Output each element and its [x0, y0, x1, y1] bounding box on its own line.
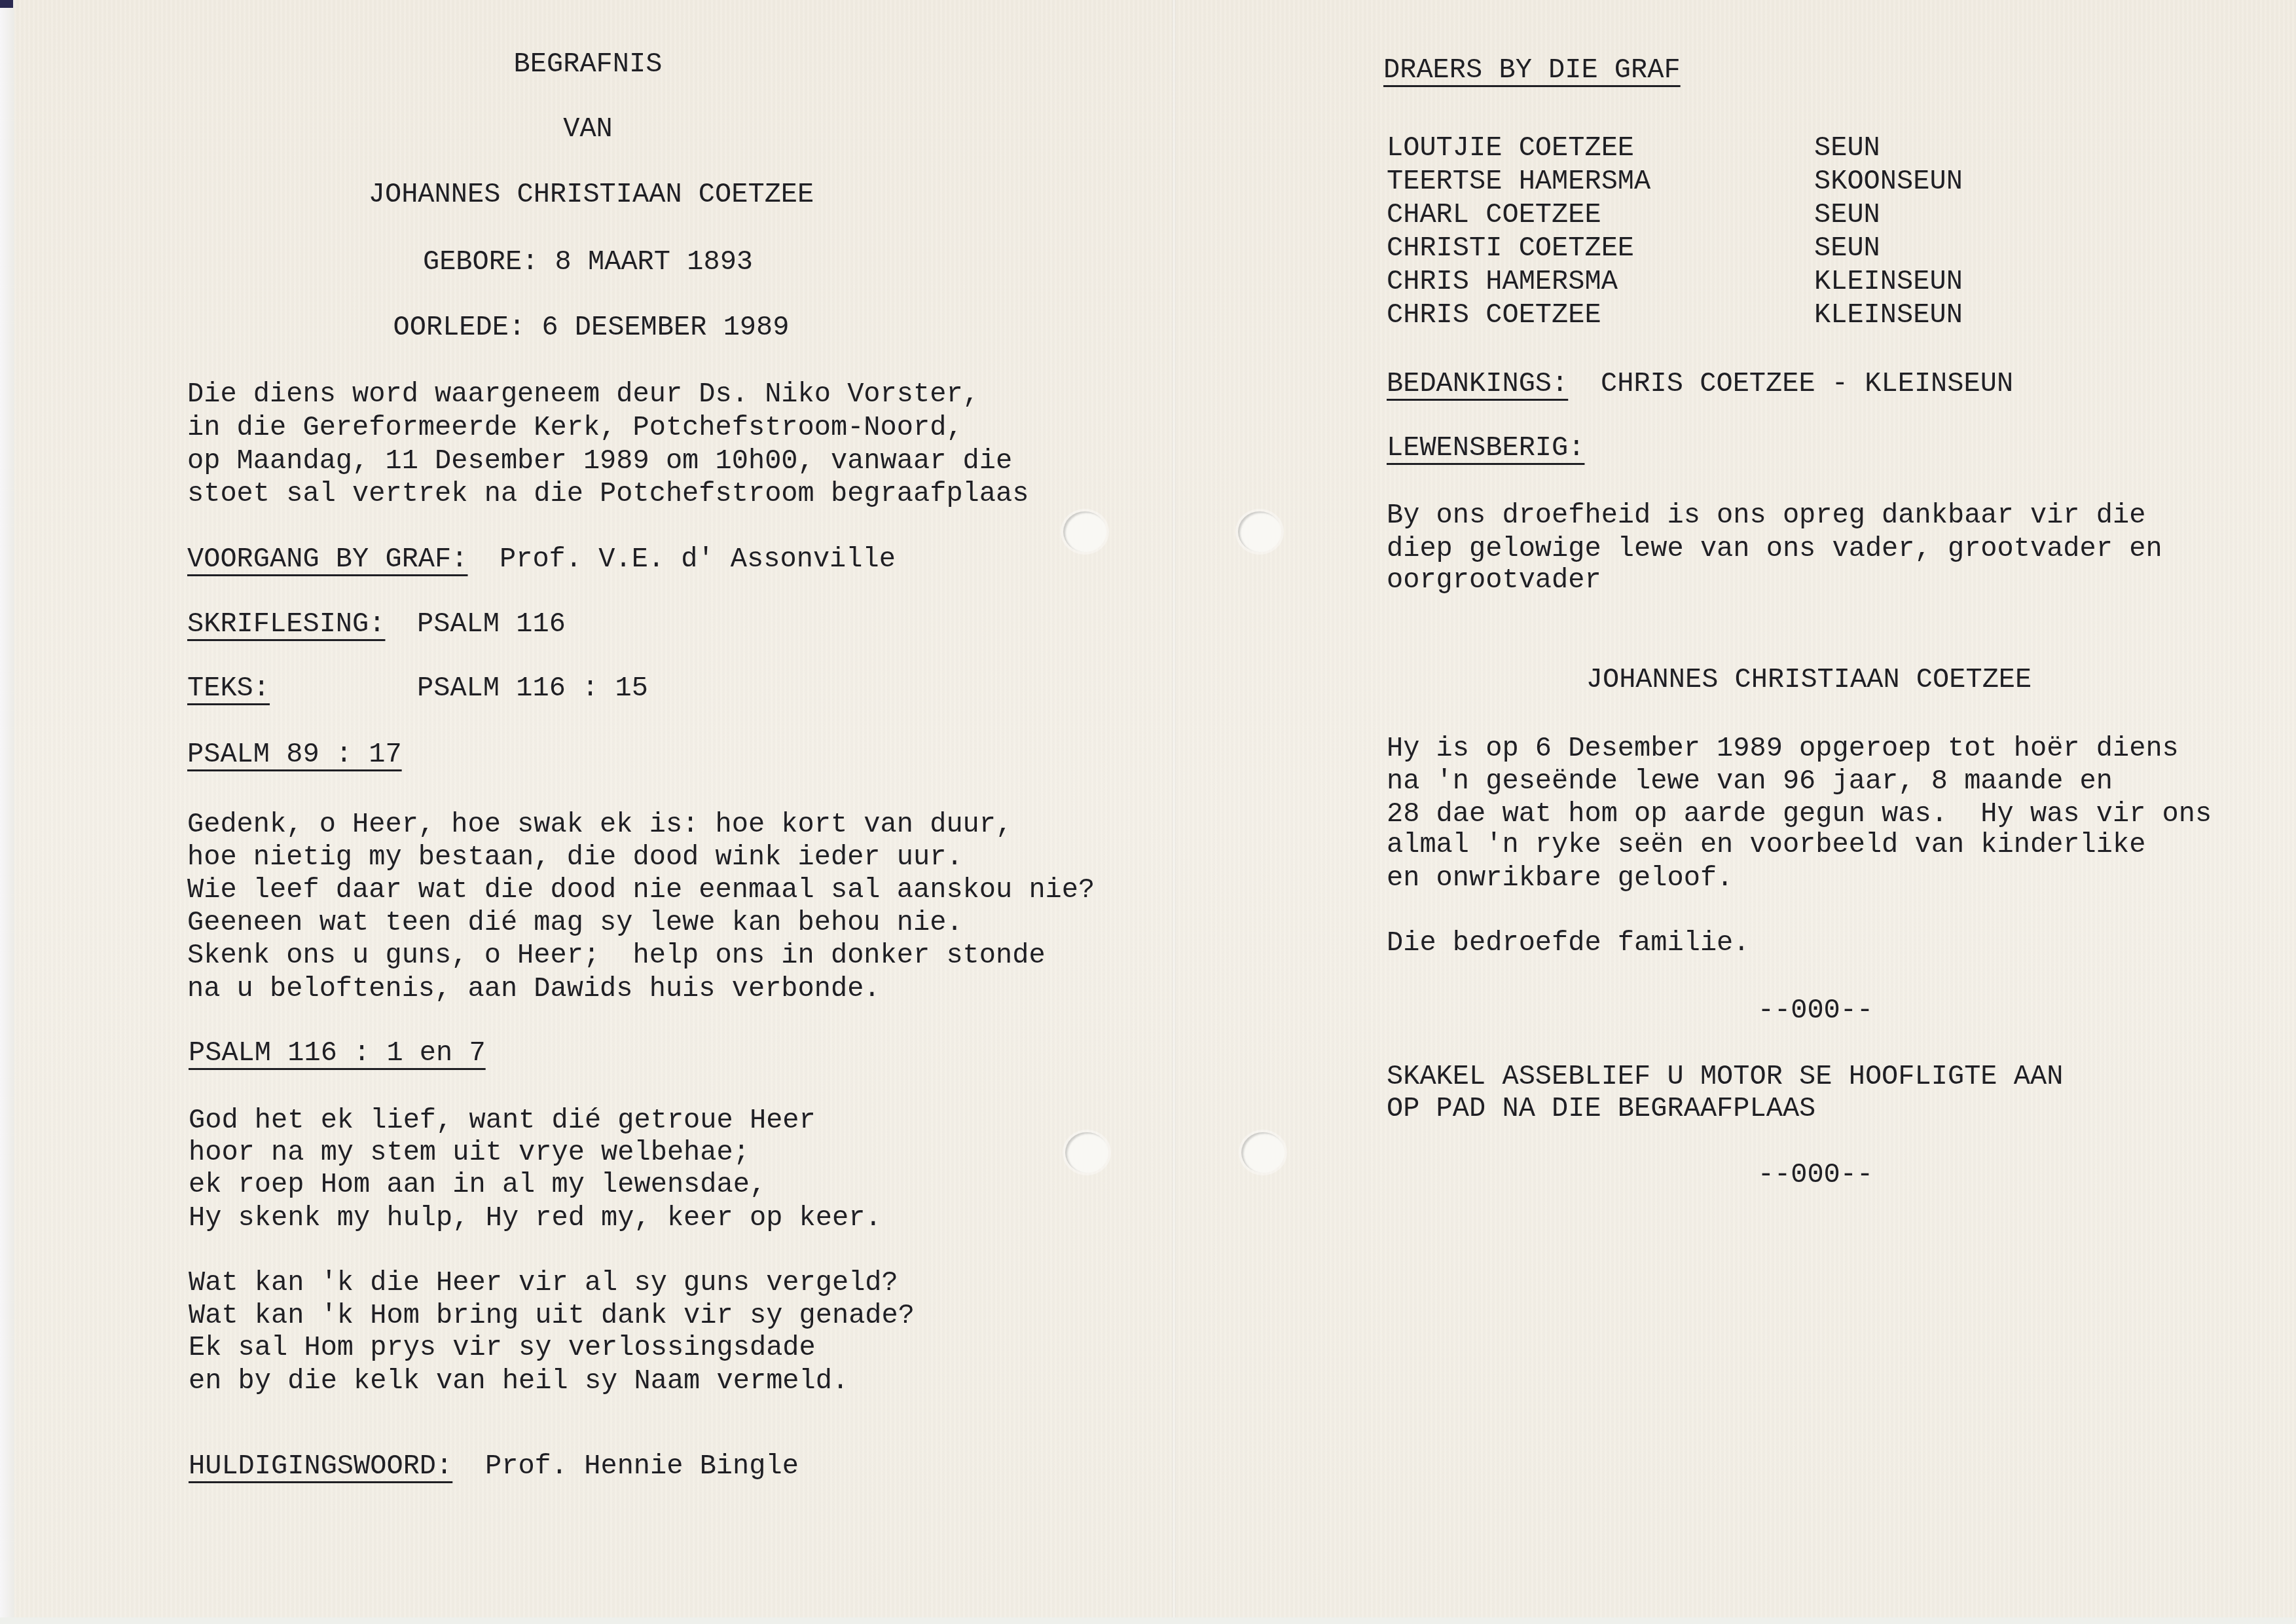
verse-line: Wat kan 'k Hom bring uit dank vir sy gen… [189, 1300, 915, 1331]
pallbearer-relation: SEUN [1814, 232, 1880, 264]
thanks-label: BEDANKINGS: [1387, 368, 1568, 399]
verse-line: ek roep Hom aan in al my lewensdae, [189, 1169, 766, 1200]
center-fold [1172, 0, 1176, 1617]
body-line: almal 'n ryke seën en voorbeeld van kind… [1387, 829, 2145, 860]
pallbearer-relation: SKOONSEUN [1814, 166, 1963, 197]
family-signature: Die bedroefde familie. [1387, 927, 1750, 959]
verse-line: Wie leef daar wat die dood nie eenmaal s… [187, 874, 1095, 906]
pallbearer-name: CHRIS COETZEE [1387, 299, 1601, 331]
separator: --000-- [1758, 995, 1873, 1026]
body-line: Hy is op 6 Desember 1989 opgeroep tot ho… [1387, 733, 2179, 764]
life-story-label: LEWENSBERIG: [1387, 432, 1584, 464]
scan-bottom-edge [0, 1617, 2296, 1624]
reading-label: SKRIFLESING: [187, 608, 385, 640]
notice-line: OP PAD NA DIE BEGRAAFPLAAS [1387, 1093, 1815, 1124]
verse-line: Gedenk, o Heer, hoe swak ek is: hoe kort… [187, 809, 1012, 840]
service-line: stoet sal vertrek na die Potchefstroom b… [187, 478, 1029, 509]
pallbearer-name: CHARL COETZEE [1387, 199, 1601, 231]
punch-hole-icon [1065, 1132, 1108, 1173]
body-line: en onwrikbare geloof. [1387, 862, 1733, 894]
psalm-116-heading: PSALM 116 : 1 en 7 [189, 1037, 486, 1069]
scan-corner-mark [0, 0, 13, 8]
pallbearers-heading: DRAERS BY DIE GRAF [1383, 54, 1681, 86]
title-van: VAN [563, 113, 613, 145]
punch-hole-icon [1238, 511, 1281, 552]
verse-line: en by die kelk van heil sy Naam vermeld. [189, 1365, 848, 1397]
punch-hole-icon [1241, 1132, 1285, 1173]
separator: --000-- [1758, 1159, 1873, 1190]
service-line: in die Gereformeerde Kerk, Potchefstroom… [187, 412, 963, 443]
text-value: PSALM 116 : 15 [417, 673, 648, 704]
verse-line: hoe nietig my bestaan, die dood wink ied… [187, 841, 963, 873]
service-line: op Maandag, 11 Desember 1989 om 10h00, v… [187, 445, 1012, 477]
verse-line: na u beloftenis, aan Dawids huis verbond… [187, 973, 881, 1005]
punch-hole-icon [1063, 511, 1106, 552]
pallbearer-relation: KLEINSEUN [1814, 266, 1963, 297]
pallbearer-name: TEERTSE HAMERSMA [1387, 166, 1650, 197]
pallbearer-name: CHRIS HAMERSMA [1387, 266, 1618, 297]
thanks-value: CHRIS COETZEE - KLEINSEUN [1601, 368, 2013, 399]
body-line: 28 dae wat hom op aarde gegun was. Hy wa… [1387, 798, 2212, 830]
tribute-value: Prof. Hennie Bingle [485, 1450, 799, 1482]
death-date: OORLEDE: 6 DESEMBER 1989 [393, 312, 790, 343]
body-line: na 'n geseënde lewe van 96 jaar, 8 maand… [1387, 766, 2113, 797]
scan-left-edge [0, 0, 14, 1624]
pallbearer-relation: KLEINSEUN [1814, 299, 1963, 331]
graveside-value: Prof. V.E. d' Assonville [500, 544, 896, 575]
pallbearer-name: LOUTJIE COETZEE [1387, 132, 1634, 164]
service-line: Die diens word waargeneem deur Ds. Niko … [187, 378, 979, 410]
verse-line: God het ek lief, want dié getroue Heer [189, 1105, 816, 1136]
birth-date: GEBORE: 8 MAART 1893 [423, 246, 753, 278]
tribute-label: HULDIGINGSWOORD: [189, 1450, 452, 1482]
deceased-name: JOHANNES CHRISTIAAN COETZEE [369, 179, 814, 210]
verse-line: Skenk ons u guns, o Heer; help ons in do… [187, 940, 1046, 971]
pallbearer-name: CHRISTI COETZEE [1387, 232, 1634, 264]
intro-line: oorgrootvader [1387, 564, 1601, 596]
pallbearer-relation: SEUN [1814, 132, 1880, 164]
page-title: BEGRAFNIS [514, 48, 663, 80]
psalm-89-heading: PSALM 89 : 17 [187, 739, 402, 770]
text-label: TEKS: [187, 673, 270, 704]
life-story-name: JOHANNES CHRISTIAAN COETZEE [1586, 664, 2032, 695]
pallbearer-relation: SEUN [1814, 199, 1880, 231]
graveside-label: VOORGANG BY GRAF: [187, 544, 467, 575]
intro-line: By ons droefheid is ons opreg dankbaar v… [1387, 500, 2145, 531]
verse-line: Geeneen wat teen dié mag sy lewe kan beh… [187, 907, 963, 938]
verse-line: Hy skenk my hulp, Hy red my, keer op kee… [189, 1202, 882, 1234]
verse-line: Ek sal Hom prys vir sy verlossingsdade [189, 1332, 816, 1363]
intro-line: diep gelowige lewe van ons vader, grootv… [1387, 533, 2162, 564]
reading-value: PSALM 116 [417, 608, 566, 640]
notice-line: SKAKEL ASSEBLIEF U MOTOR SE HOOFLIGTE AA… [1387, 1061, 2063, 1092]
verse-line: hoor na my stem uit vrye welbehae; [189, 1137, 750, 1168]
verse-line: Wat kan 'k die Heer vir al sy guns verge… [189, 1267, 898, 1299]
